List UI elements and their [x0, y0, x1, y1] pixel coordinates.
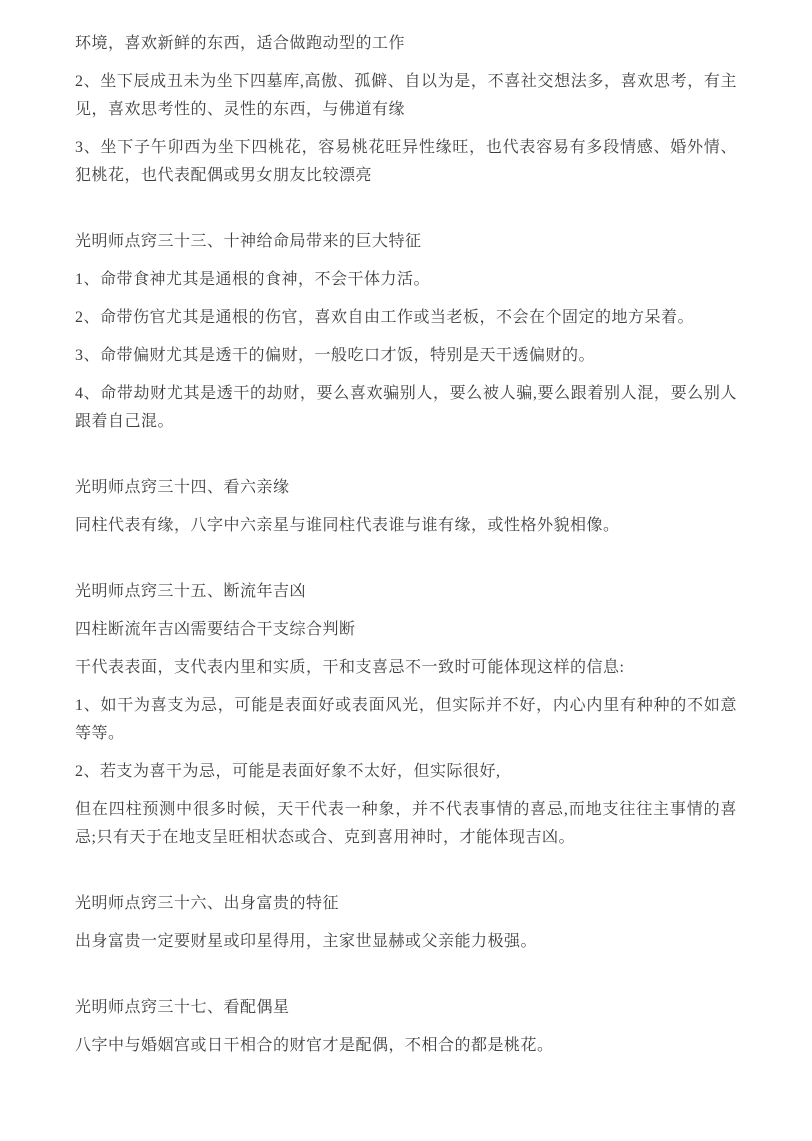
document-paragraph: 3、命带偏财尤其是透干的偏财，一般吃口才饭，特别是天干透偏财的。: [75, 342, 737, 370]
document-paragraph: 干代表表面，支代表内里和实质，干和支喜忌不一致时可能体现这样的信息:: [75, 654, 737, 682]
document-heading: 光明师点窍三十五、断流年吉凶: [75, 578, 737, 606]
document-paragraph: 2、若支为喜干为忌，可能是表面好象不太好，但实际很好,: [75, 758, 737, 786]
document-heading: 光明师点窍三十三、十神给命局带来的巨大特征: [75, 228, 737, 256]
document-heading: 光明师点窍三十六、出身富贵的特征: [75, 890, 737, 918]
document-paragraph: 八字中与婚姻宫或日干相合的财官才是配偶，不相合的都是桃花。: [75, 1032, 737, 1060]
document-paragraph: 2、坐下辰成丑未为坐下四墓库,高傲、孤僻、自以为是，不喜社交想法多，喜欢思考，有…: [75, 68, 737, 124]
document-page: 环境，喜欢新鲜的东西，适合做跑动型的工作2、坐下辰成丑未为坐下四墓库,高傲、孤僻…: [0, 0, 812, 1141]
document-paragraph: 4、命带劫财尤其是透干的劫财，要么喜欢骗别人，要么被人骗,要么跟着别人混，要么别…: [75, 380, 737, 436]
document-paragraph: 2、命带伤官尤其是通根的伤官，喜欢自由工作或当老板，不会在个固定的地方呆着。: [75, 304, 737, 332]
document-paragraph: 出身富贵一定要财星或印星得用，主家世显赫或父亲能力极强。: [75, 928, 737, 956]
document-paragraph: 1、如干为喜支为忌，可能是表面好或表面风光，但实际并不好，内心内里有种种的不如意…: [75, 692, 737, 748]
document-paragraph: 四柱断流年吉凶需要结合干支综合判断: [75, 616, 737, 644]
document-paragraph: 但在四柱预测中很多时候，天干代表一种象，并不代表事情的喜忌,而地支往往主事情的喜…: [75, 796, 737, 852]
document-paragraph: 1、命带食神尤其是通根的食神，不会干体力活。: [75, 266, 737, 294]
document-paragraph: 同柱代表有缘，八字中六亲星与谁同柱代表谁与谁有缘，或性格外貌相像。: [75, 512, 737, 540]
document-paragraph: 3、坐下子午卯西为坐下四桃花，容易桃花旺异性缘旺，也代表容易有多段情感、婚外情、…: [75, 134, 737, 190]
document-heading: 光明师点窍三十七、看配偶星: [75, 994, 737, 1022]
document-paragraph: 环境，喜欢新鲜的东西，适合做跑动型的工作: [75, 30, 737, 58]
document-body: 环境，喜欢新鲜的东西，适合做跑动型的工作2、坐下辰成丑未为坐下四墓库,高傲、孤僻…: [0, 0, 812, 1110]
document-heading: 光明师点窍三十四、看六亲缘: [75, 474, 737, 502]
